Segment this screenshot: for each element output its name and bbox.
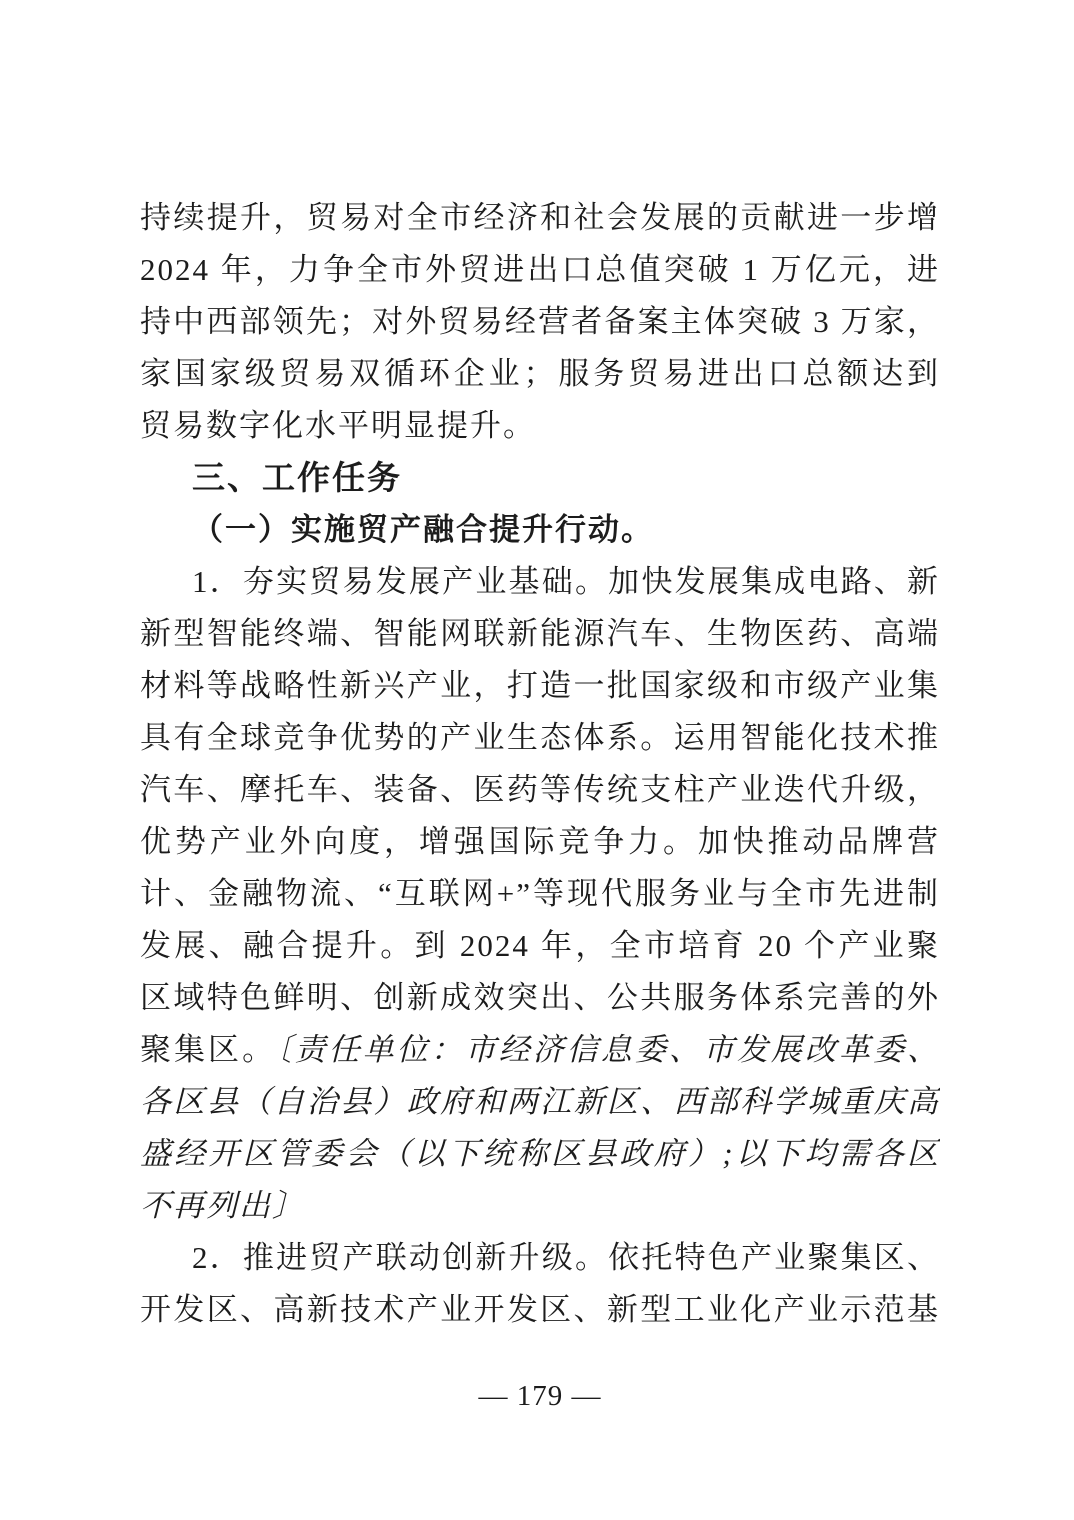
document-page: 持续提升，贸易对全市经济和社会发展的贡献进一步增强。到2024 年，力争全市外贸… [0,0,1074,1520]
body-line: 优势产业外向度，增强国际竞争力。加快推动品牌营销、研发设 [140,816,940,868]
text-segment: 1．夯实贸易发展产业基础。加快发展集成电路、新型显示、 [140,564,940,608]
body-line: 汽车、摩托车、装备、医药等传统支柱产业迭代升级，提升传统 [140,764,940,816]
responsibility-note-start-line: 聚集区。〔责任单位：市经济信息委、市发展改革委、市商务委， [140,1024,940,1076]
text-segment: 家国家级贸易双循环企业；服务贸易进出口总额达到 1000 亿元， [140,356,940,400]
body-line: 发展、融合提升。到 2024 年，全市培育 20 个产业聚集优势明显、 [140,920,940,972]
page-number: — 179 — [479,1380,602,1412]
body-line: 持中西部领先；对外贸易经营者备案主体突破 3 万家，培育 10 [140,296,940,348]
numbered-item-1-start: 1．夯实贸易发展产业基础。加快发展集成电路、新型显示、 [140,556,940,608]
responsibility-note-line: 盛经开区管委会（以下统称区县政府）;以下均需各区县政府负责， [140,1128,940,1180]
text-segment: 三、工作任务 [192,459,402,496]
text-segment: 具有全球竞争优势的产业生态体系。运用智能化技术推进电子、 [140,720,940,764]
body-line: 2024 年，力争全市外贸进出口总值突破 1 万亿元，进出口规模保 [140,244,940,296]
paragraph-end-line: 贸易数字化水平明显提升。 [140,400,940,452]
body-line: 新型智能终端、智能网联新能源汽车、生物医药、高端装备、新 [140,608,940,660]
section-heading-work-tasks: 三、工作任务 [140,452,940,504]
text-segment: 汽车、摩托车、装备、医药等传统支柱产业迭代升级，提升传统 [140,772,940,816]
body-line: 材料等战略性新兴产业，打造一批国家级和市级产业集群，构建 [140,660,940,712]
body-line: 开发区、高新技术产业开发区、新型工业化产业示范基地，创建 [140,1284,940,1336]
text-segment: 发展、融合提升。到 2024 年，全市培育 20 个产业聚集优势明显、 [140,928,940,972]
responsibility-note-end-line: 不再列出〕 [140,1180,940,1232]
text-segment: 优势产业外向度，增强国际竞争力。加快推动品牌营销、研发设 [140,824,940,868]
body-line: 计、金融物流、“互联网+”等现代服务业与全市先进制造业协同 [140,868,940,920]
text-segment: 计、金融物流、“互联网+”等现代服务业与全市先进制造业协同 [140,876,940,920]
text-segment: 开发区、高新技术产业开发区、新型工业化产业示范基地，创建 [140,1292,940,1336]
paragraph-continuation-line: 持续提升，贸易对全市经济和社会发展的贡献进一步增强。到 [140,192,940,244]
text-segment: 2024 年，力争全市外贸进出口总值突破 1 万亿元，进出口规模保 [140,252,940,296]
text-segment: 聚集区。 [140,1032,276,1067]
kaiti-text-segment: 不再列出〕 [140,1188,305,1223]
text-segment: 2．推进贸产联动创新升级。依托特色产业聚集区、经济技术 [140,1240,940,1284]
body-line: 具有全球竞争优势的产业生态体系。运用智能化技术推进电子、 [140,712,940,764]
text-segment: 区域特色鲜明、创新成效突出、公共服务体系完善的外向型产业 [140,980,940,1024]
document-body: 持续提升，贸易对全市经济和社会发展的贡献进一步增强。到2024 年，力争全市外贸… [140,192,940,1336]
text-segment: 持续提升，贸易对全市经济和社会发展的贡献进一步增强。到 [140,200,940,244]
body-line: 区域特色鲜明、创新成效突出、公共服务体系完善的外向型产业 [140,972,940,1024]
kaiti-text-segment: 盛经开区管委会（以下统称区县政府）;以下均需各区县政府负责， [140,1136,940,1180]
kaiti-text-segment: 各区县（自治县）政府和两江新区、西部科学城重庆高新区、万 [140,1084,940,1128]
subsection-heading-action-1: （一）实施贸产融合提升行动。 [140,504,940,556]
numbered-item-2-start: 2．推进贸产联动创新升级。依托特色产业聚集区、经济技术 [140,1232,940,1284]
body-line: 家国家级贸易双循环企业；服务贸易进出口总额达到 1000 亿元， [140,348,940,400]
responsibility-note-line: 各区县（自治县）政府和两江新区、西部科学城重庆高新区、万 [140,1076,940,1128]
text-segment: 新型智能终端、智能网联新能源汽车、生物医药、高端装备、新 [140,616,940,660]
text-segment: 持中西部领先；对外贸易经营者备案主体突破 3 万家，培育 10 [140,304,940,348]
text-segment: （一）实施贸产融合提升行动。 [192,512,654,547]
text-segment: 材料等战略性新兴产业，打造一批国家级和市级产业集群，构建 [140,668,940,712]
text-segment: 贸易数字化水平明显提升。 [140,408,536,443]
page-footer: — 179 — [140,1380,940,1413]
